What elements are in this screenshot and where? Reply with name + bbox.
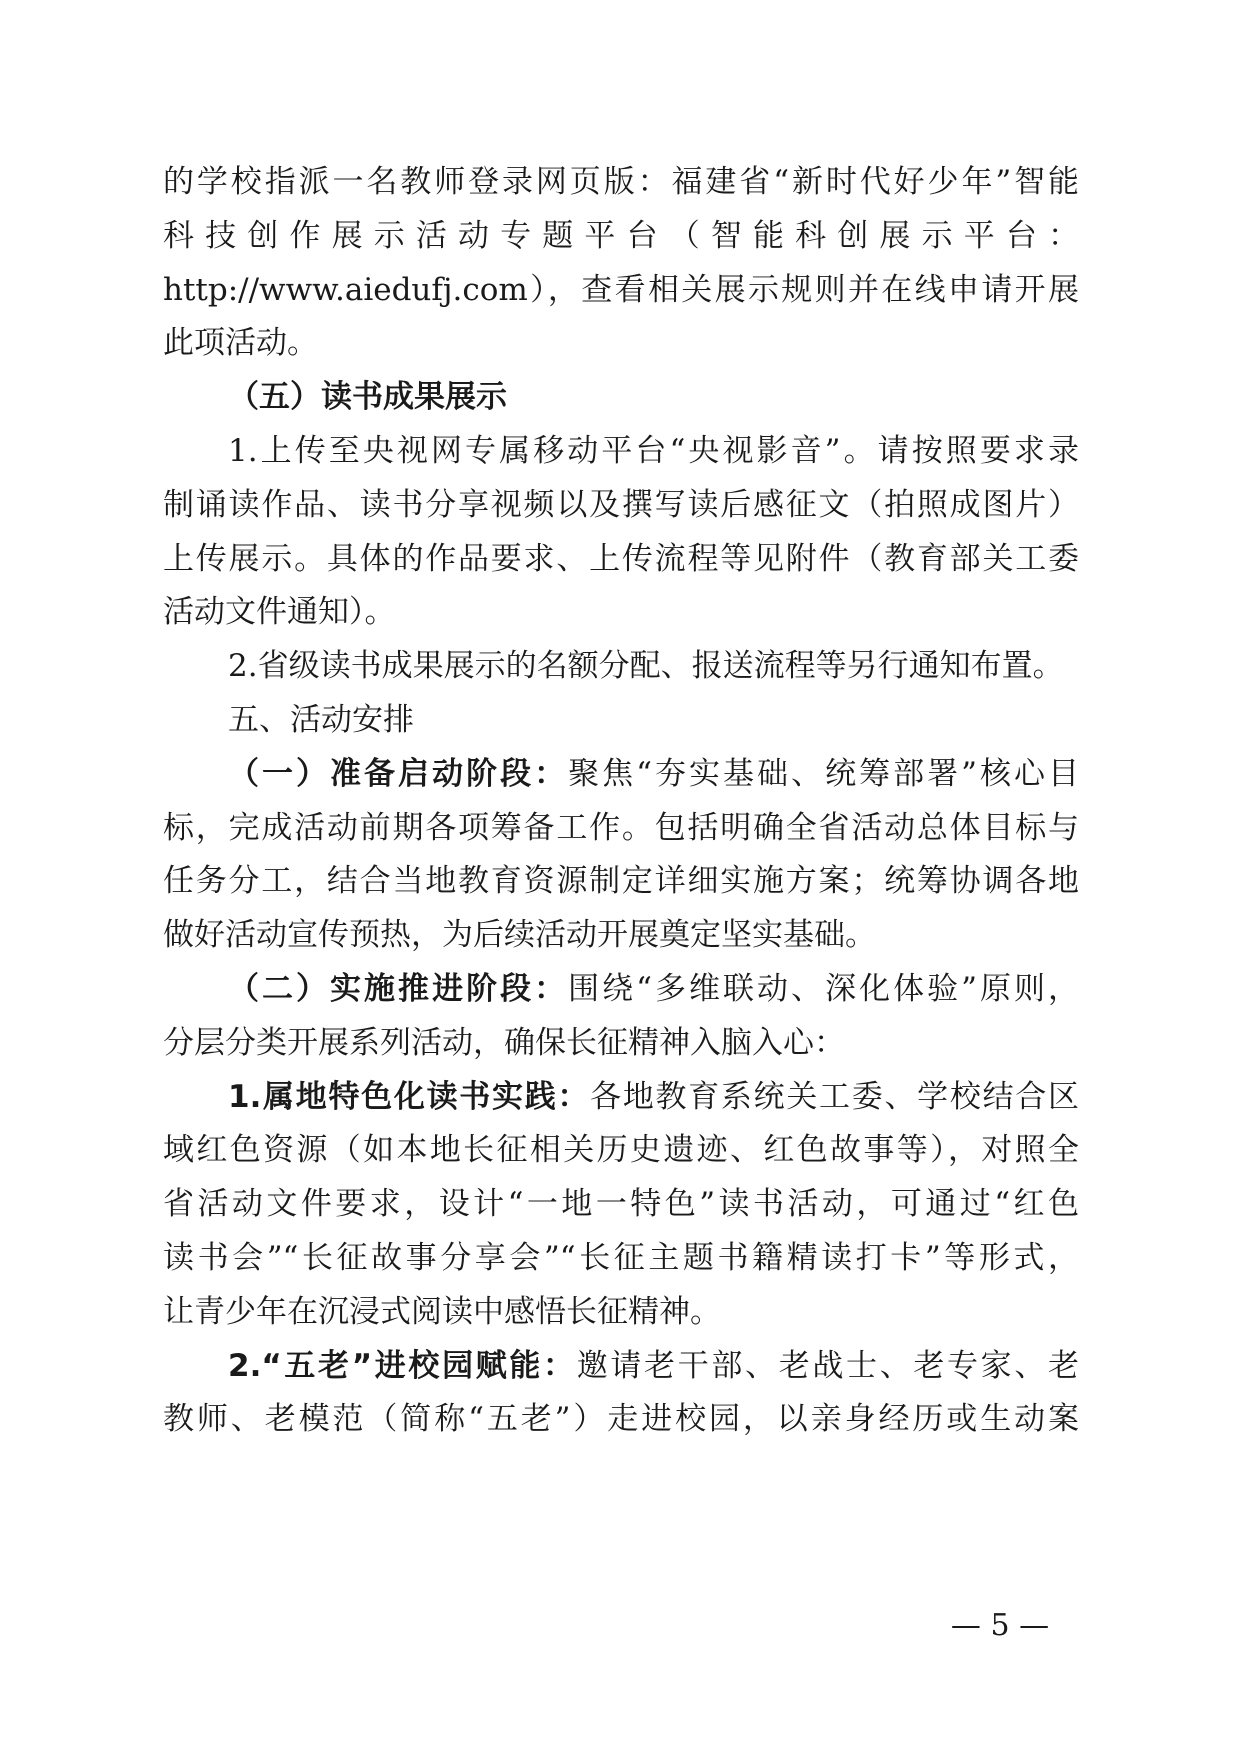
- body-line: 让青少年在沉浸式阅读中感悟长征精神。: [163, 1286, 1079, 1340]
- body-line: 制诵读作品、读书分享视频以及撰写读后感征文（拍照成图片）: [163, 479, 1079, 533]
- paragraph-lead-local-reading: 1.属地特色化读书实践：: [228, 1079, 590, 1115]
- body-line: 省活动文件要求，设计“一地一特色”读书活动，可通过“红色: [163, 1178, 1079, 1232]
- paragraph-text: 围绕“多维联动、深化体验”原则，: [568, 971, 1079, 1007]
- body-line: 分层分类开展系列活动，确保长征精神入脑入心：: [163, 1017, 1079, 1071]
- section-heading-activity-arrangement: 五、活动安排: [163, 694, 1079, 748]
- list-item-2: 2.省级读书成果展示的名额分配、报送流程等另行通知布置。: [163, 640, 1079, 694]
- body-line: 标，完成活动前期各项筹备工作。包括明确全省活动总体目标与: [163, 802, 1079, 856]
- paragraph-local-reading-practice: 1.属地特色化读书实践：各地教育系统关工委、学校结合区: [163, 1071, 1079, 1125]
- body-line: 读书会”“长征故事分享会”“长征主题书籍精读打卡”等形式，: [163, 1232, 1079, 1286]
- body-line: 域红色资源（如本地长征相关历史遗迹、红色故事等），对照全: [163, 1124, 1079, 1178]
- body-line: 的学校指派一名教师登录网页版：福建省“新时代好少年”智能: [163, 156, 1079, 210]
- body-line: 做好活动宣传预热，为后续活动开展奠定坚实基础。: [163, 909, 1079, 963]
- paragraph-text: 聚焦“夯实基础、统筹部署”核心目: [568, 756, 1079, 792]
- body-line: 教师、老模范（简称“五老”）走进校园，以亲身经历或生动案: [163, 1393, 1079, 1447]
- body-line: http://www.aiedufj.com），查看相关展示规则并在线申请开展: [163, 264, 1079, 318]
- document-page: 的学校指派一名教师登录网页版：福建省“新时代好少年”智能 科技创作展示活动专题平…: [163, 156, 1079, 1447]
- section-heading-reading-results: （五）读书成果展示: [163, 371, 1079, 425]
- paragraph-text: 各地教育系统关工委、学校结合区: [590, 1079, 1079, 1115]
- body-line: 科技创作展示活动专题平台（智能科创展示平台：: [163, 210, 1079, 264]
- paragraph-lead-implementation: （二）实施推进阶段：: [228, 971, 568, 1007]
- body-line: 活动文件通知）。: [163, 586, 1079, 640]
- list-item-1-start: 1.上传至央视网专属移动平台“央视影音”。请按照要求录: [163, 425, 1079, 479]
- paragraph-implementation-stage: （二）实施推进阶段：围绕“多维联动、深化体验”原则，: [163, 963, 1079, 1017]
- paragraph-text: 邀请老干部、老战士、老专家、老: [577, 1348, 1079, 1384]
- body-line: 上传展示。具体的作品要求、上传流程等见附件（教育部关工委: [163, 533, 1079, 587]
- paragraph-lead-preparation: （一）准备启动阶段：: [228, 756, 568, 792]
- body-line: 任务分工，结合当地教育资源制定详细实施方案；统筹协调各地: [163, 855, 1079, 909]
- body-line: 此项活动。: [163, 317, 1079, 371]
- page-number: — 5 —: [940, 1608, 1060, 1643]
- paragraph-preparation-stage: （一）准备启动阶段：聚焦“夯实基础、统筹部署”核心目: [163, 748, 1079, 802]
- paragraph-lead-five-elders: 2.“五老”进校园赋能：: [228, 1348, 577, 1384]
- paragraph-five-elders: 2.“五老”进校园赋能：邀请老干部、老战士、老专家、老: [163, 1340, 1079, 1394]
